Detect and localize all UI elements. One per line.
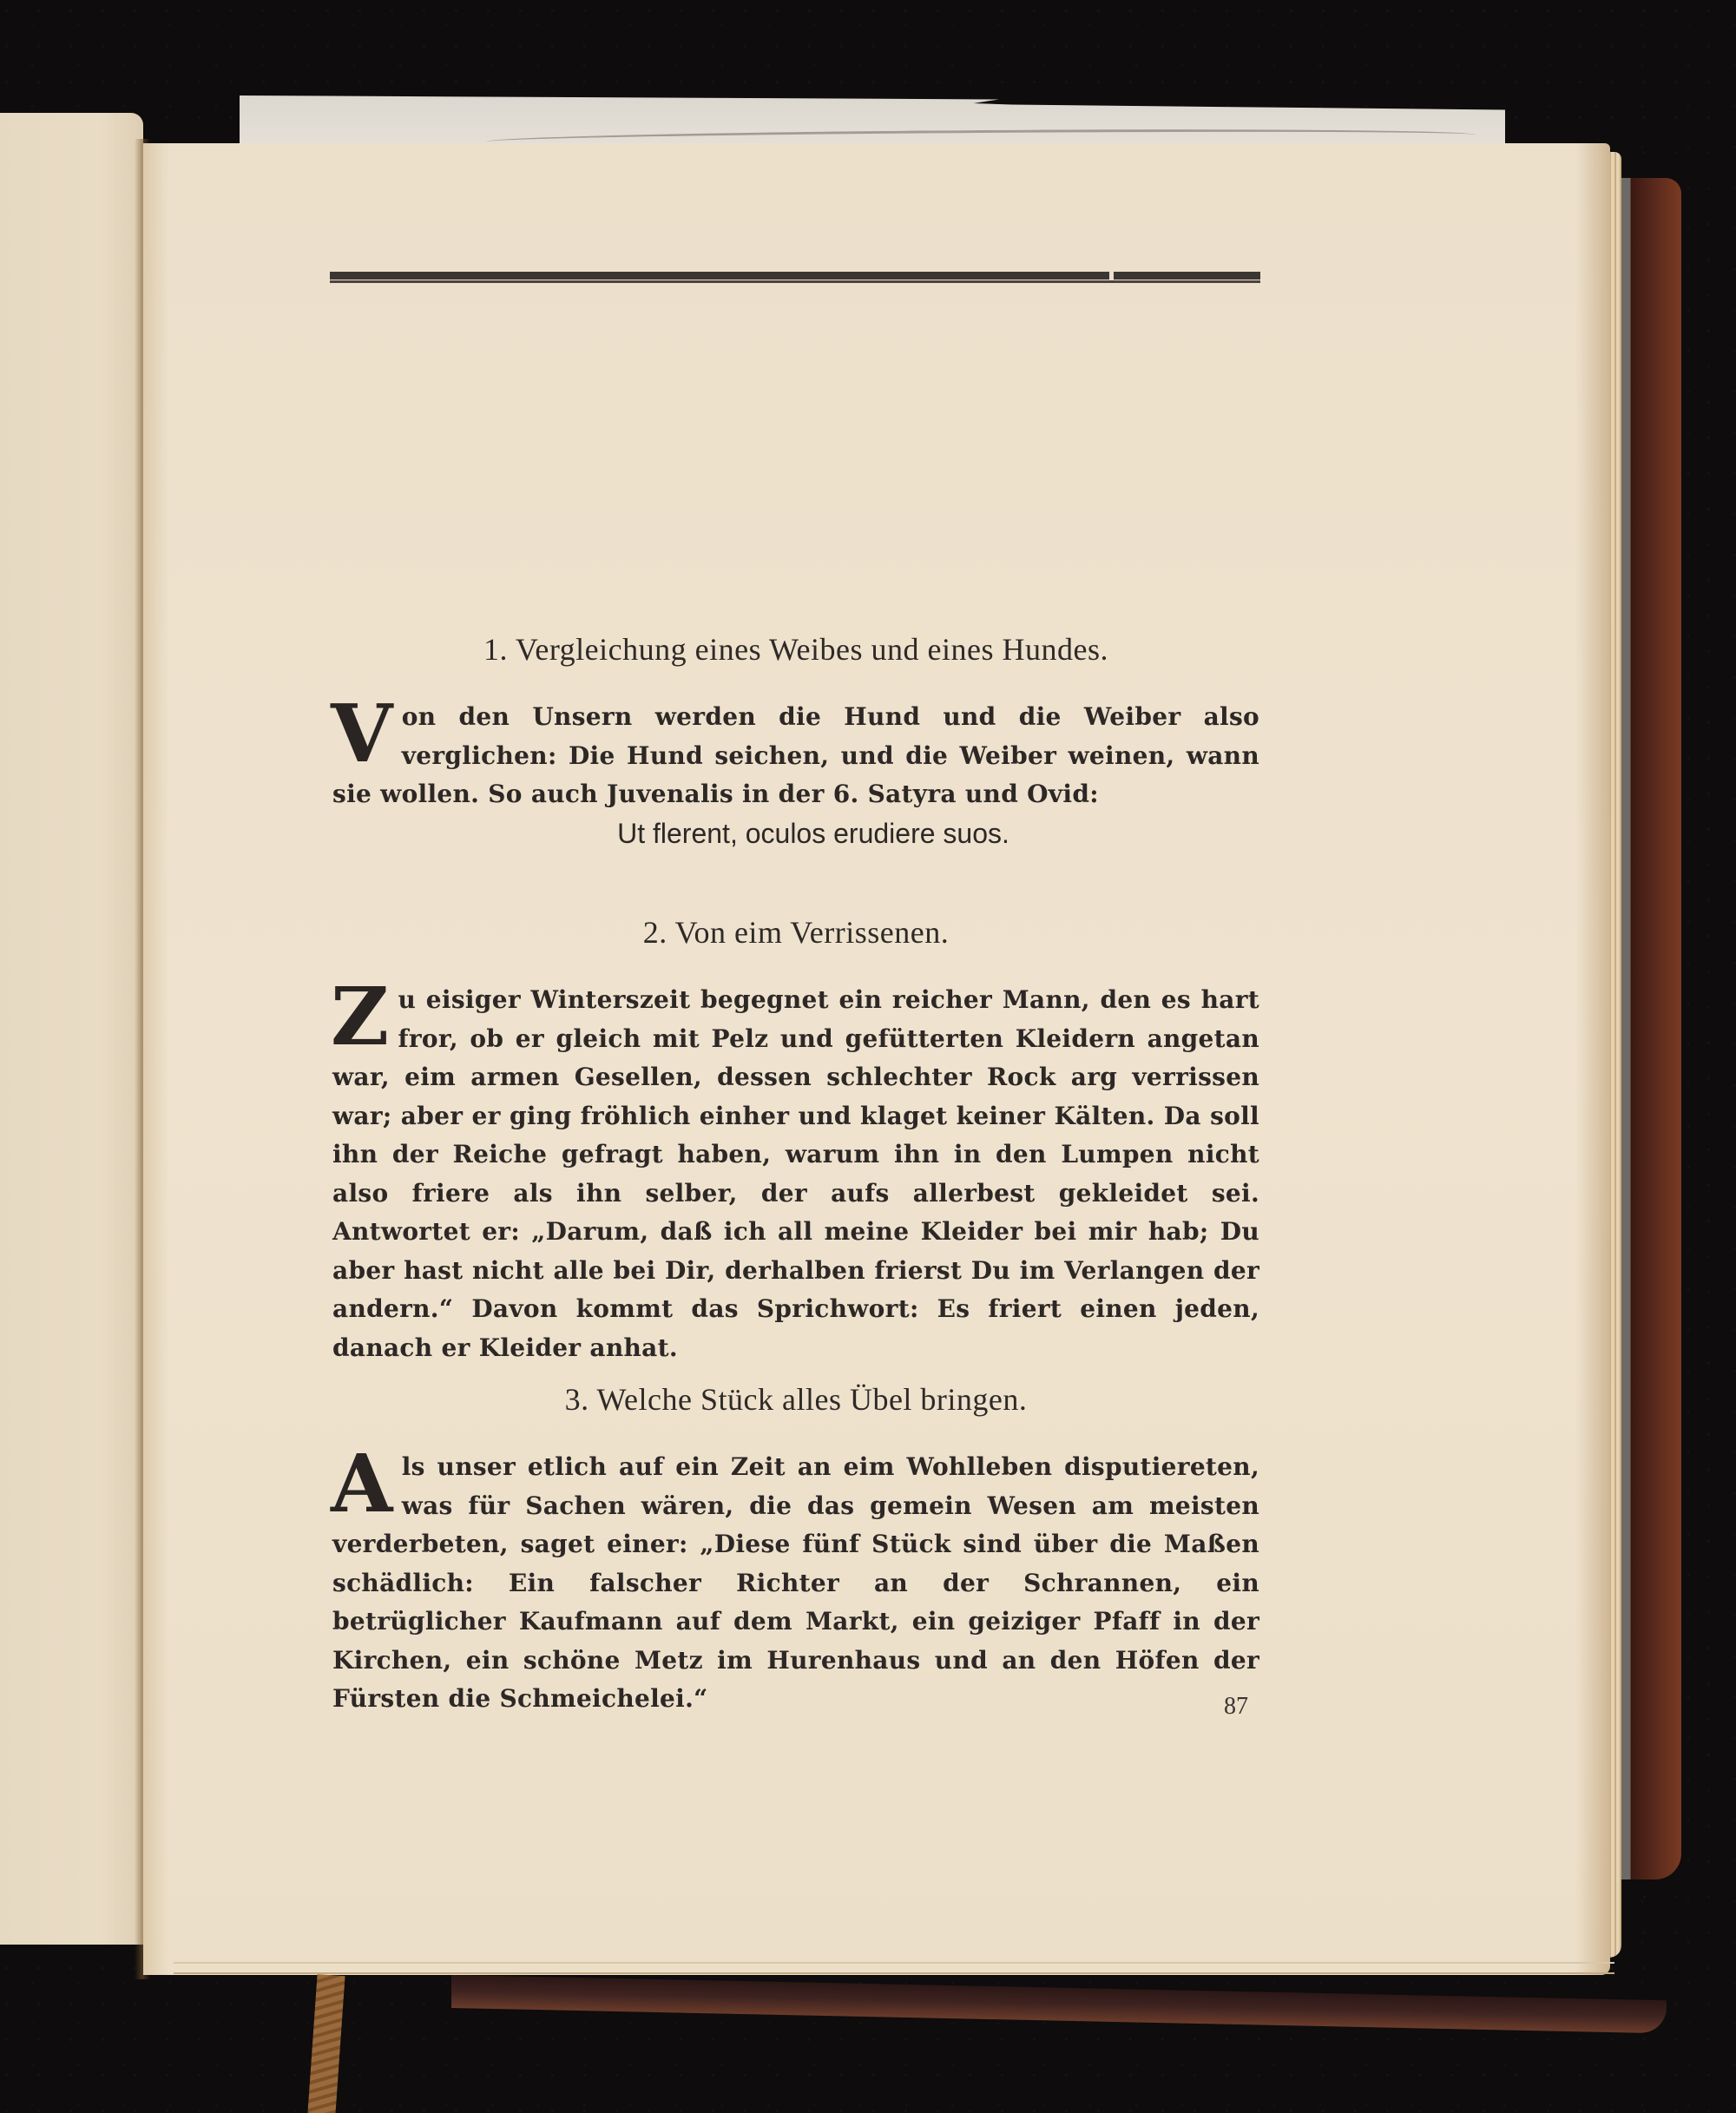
section-heading: 3. Welche Stück alles Übel bringen. [332, 1380, 1259, 1419]
latin-quote: Ut flerent, oculos erudiere suos. [332, 814, 1259, 852]
book-cover-edge [1616, 178, 1681, 1879]
page-bottom-edge [174, 1962, 1614, 1974]
section-2: 2. Von eim Verrissenen. Zu eisiger Winte… [332, 913, 1259, 1367]
page-number: 87 [1224, 1693, 1248, 1721]
section-body: Als unser etlich auf ein Zeit an eim Woh… [332, 1448, 1259, 1719]
section-1: 1. Vergleichung eines Weibes und eines H… [332, 630, 1259, 852]
left-page [0, 113, 143, 1945]
drop-cap: Z [331, 981, 389, 1057]
header-rule-right [1114, 272, 1260, 280]
body-text: u eisiger Winterszeit begegnet ein reich… [332, 985, 1259, 1362]
section-heading: 1. Vergleichung eines Weibes und eines H… [332, 630, 1259, 668]
section-body: Zu eisiger Winterszeit begegnet ein reic… [332, 981, 1259, 1367]
section-heading: 2. Von eim Verrissenen. [332, 913, 1259, 951]
section-3: 3. Welche Stück alles Übel bringen. Als … [332, 1380, 1259, 1719]
section-body: Von den Unsern werden die Hund und die W… [332, 698, 1259, 814]
header-rule-left [330, 272, 1109, 280]
drop-cap: V [331, 698, 393, 774]
drop-cap: A [331, 1448, 393, 1524]
header-rule-thin [330, 280, 1260, 283]
body-text: on den Unsern werden die Hund und die We… [332, 702, 1259, 808]
body-text: ls unser etlich auf ein Zeit an eim Wohl… [332, 1452, 1259, 1713]
